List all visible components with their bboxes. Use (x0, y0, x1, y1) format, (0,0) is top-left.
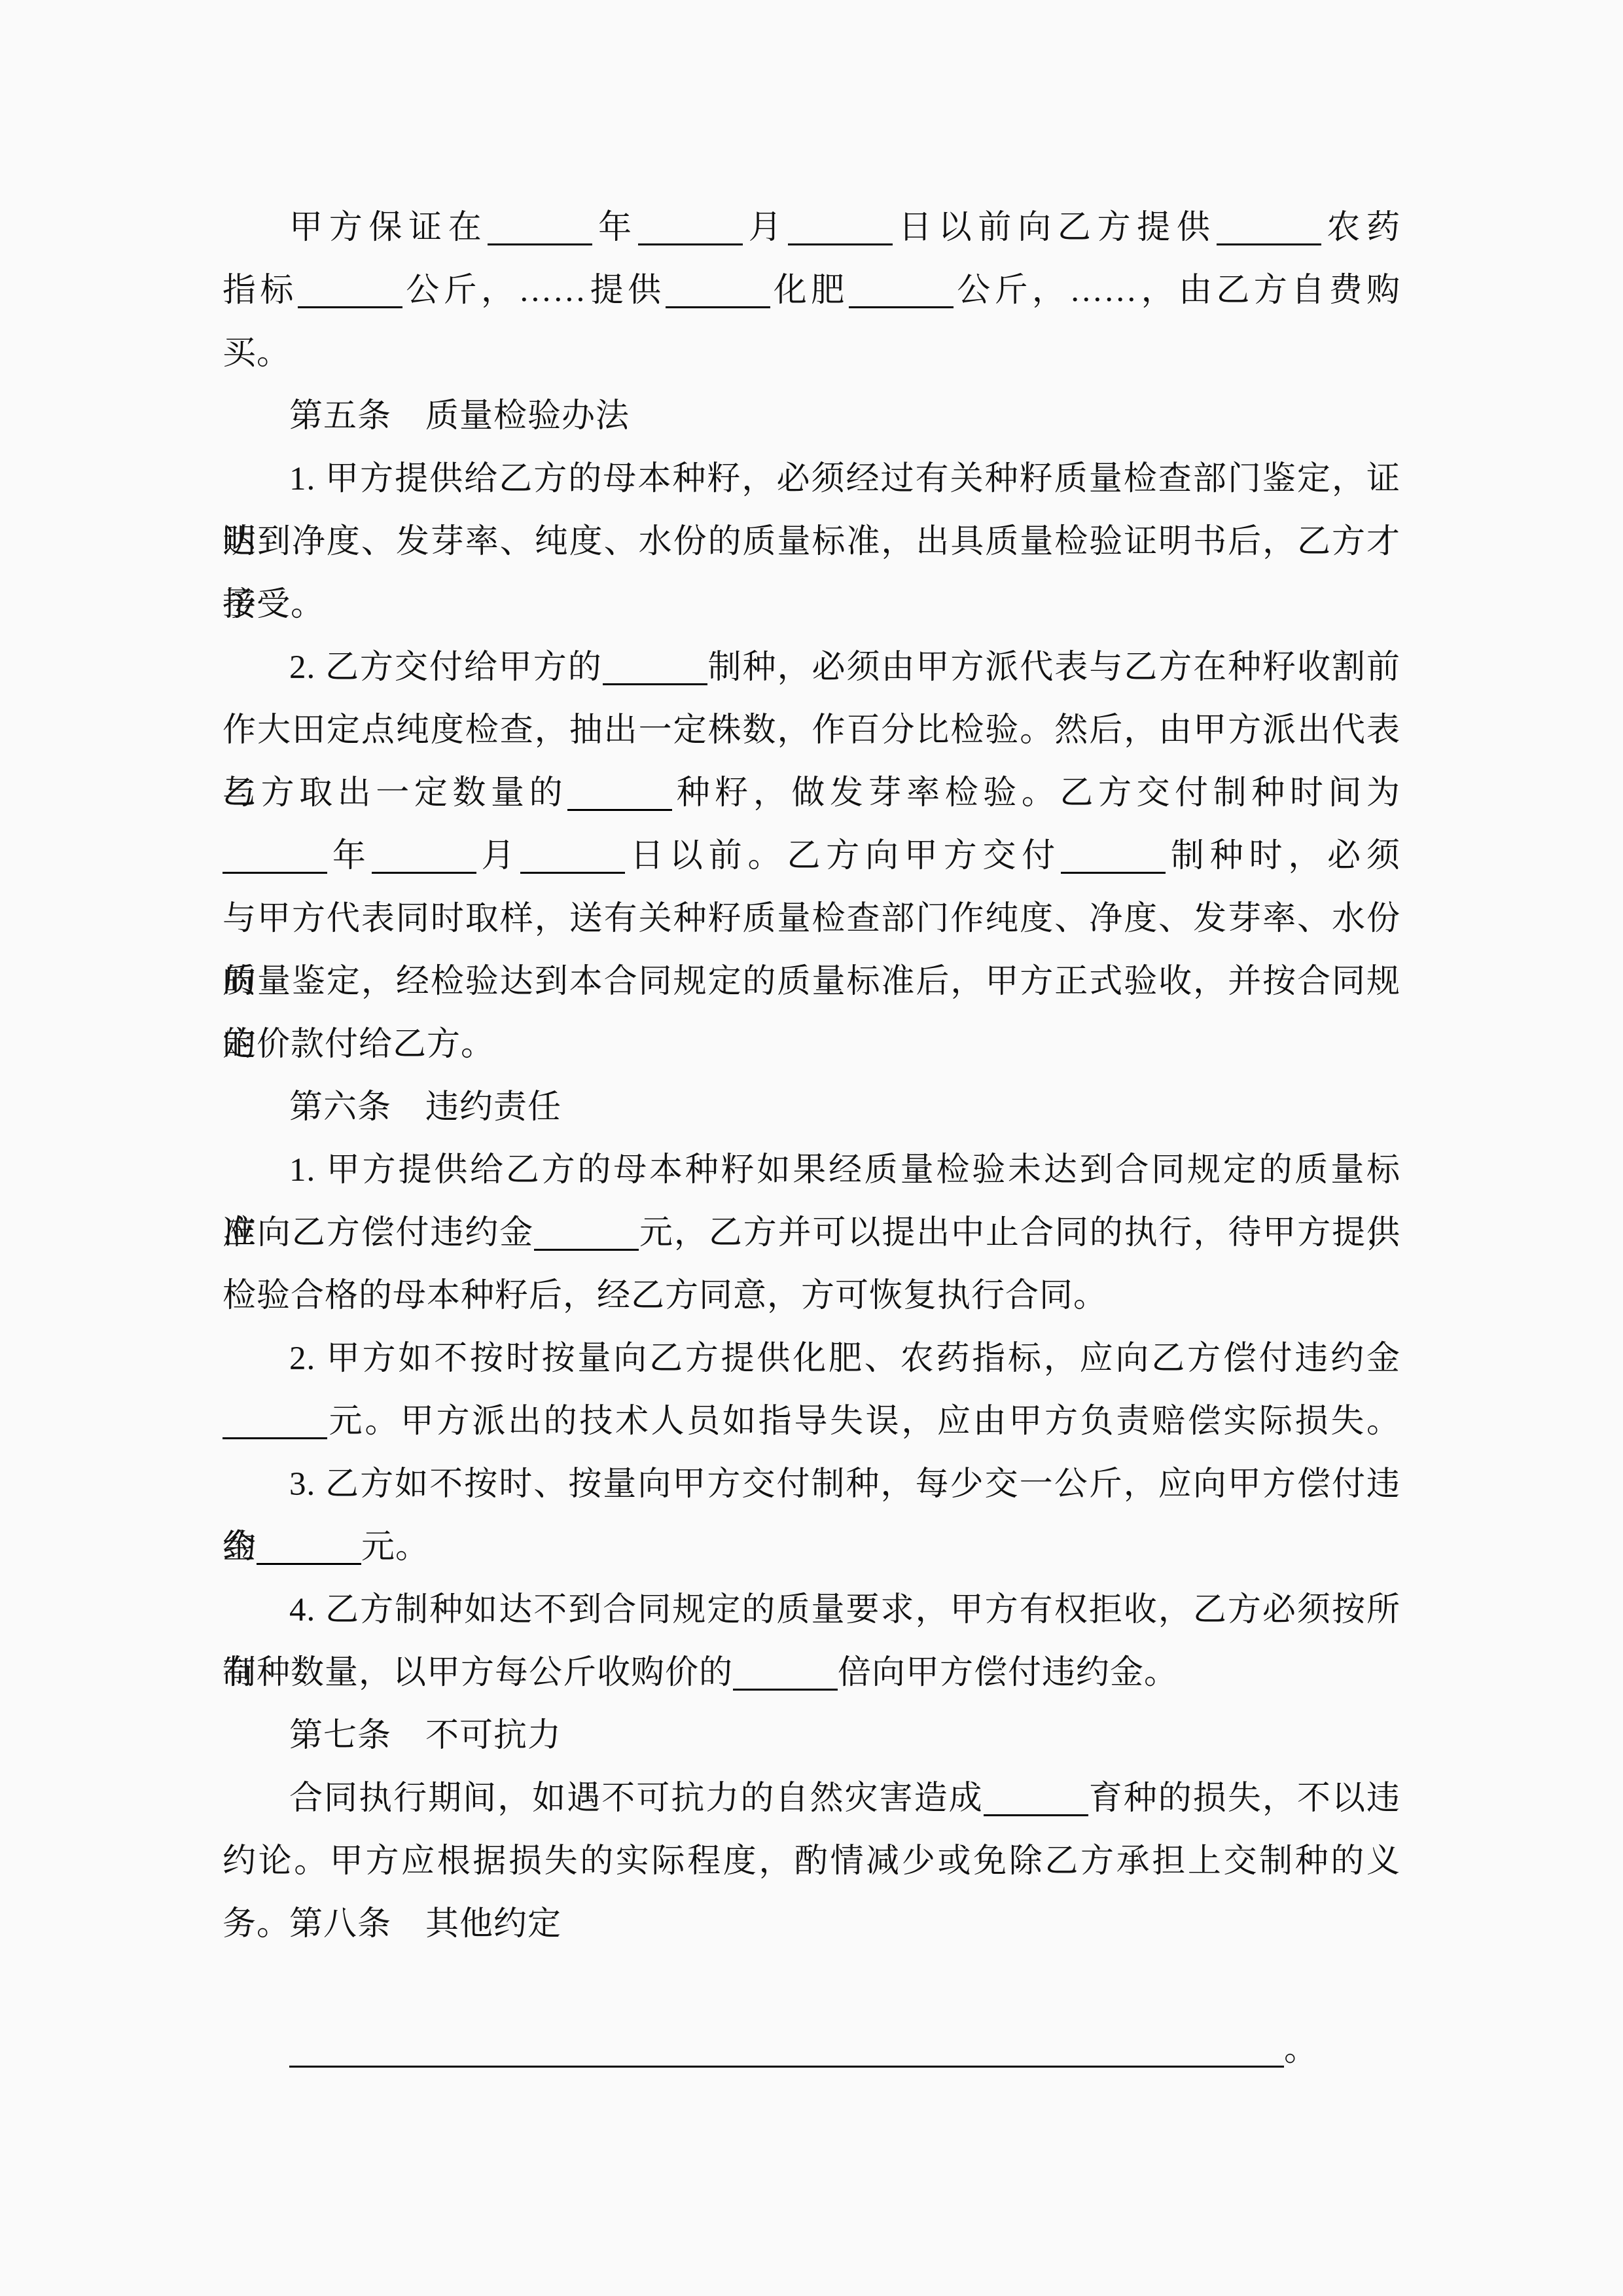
contract-line: 甲方保证在年月日以前向乙方提供农药 (223, 196, 1400, 259)
fill-in-blank (520, 872, 625, 874)
contract-line: 2. 乙方交付给甲方的制种，必须由甲方派代表与乙方在种籽收割前 (223, 636, 1400, 699)
fill-in-blank (257, 1563, 361, 1565)
contract-page: 甲方保证在年月日以前向乙方提供农药指标公斤，……提供化肥公斤，……，由乙方自费购… (0, 0, 1623, 2296)
contract-line: 达到净度、发芽率、纯度、水份的质量标准，出具质量检验证明书后，乙方才予 (223, 511, 1400, 573)
contract-line: 金元。 (223, 1516, 1400, 1579)
contract-line: 质量鉴定，经检验达到本合同规定的质量标准后，甲方正式验收，并按合同规定 (223, 950, 1400, 1013)
section-heading: 第六条 违约责任 (223, 1076, 1400, 1139)
fill-in-blank (372, 872, 476, 874)
fill-in-blank (223, 872, 327, 874)
contract-line: 1. 甲方提供给乙方的母本种籽如果经质量检验未达到合同规定的质量标准， (223, 1139, 1400, 1202)
fill-in-blank (567, 809, 672, 811)
contract-body: 甲方保证在年月日以前向乙方提供农药指标公斤，……提供化肥公斤，……，由乙方自费购… (223, 196, 1400, 2081)
fill-in-blank (984, 1814, 1088, 1816)
contract-line: 接受。 (223, 573, 1400, 636)
fill-in-blank (289, 2066, 1284, 2068)
contract-line: 。 (223, 2018, 1400, 2081)
contract-line: 元。甲方派出的技术人员如指导失误，应由甲方负责赔偿实际损失。 (223, 1390, 1400, 1453)
fill-in-blank (223, 1437, 327, 1439)
fill-in-blank (298, 306, 402, 308)
contract-line: 与甲方代表同时取样，送有关种籽质量检查部门作纯度、净度、发芽率、水份的 (223, 888, 1400, 950)
contract-line: 3. 乙方如不按时、按量向甲方交付制种，每少交一公斤，应向甲方偿付违约 (223, 1453, 1400, 1516)
section-heading: 第七条 不可抗力 (223, 1704, 1400, 1767)
contract-line: 4. 乙方制种如达不到合同规定的质量要求，甲方有权拒收，乙方必须按所有 (223, 1579, 1400, 1641)
fill-in-blank (788, 243, 893, 245)
contract-line: 年月日以前。乙方向甲方交付制种时，必须 (223, 825, 1400, 888)
blank-line (223, 1956, 1400, 2018)
fill-in-blank (603, 683, 707, 685)
fill-in-blank (638, 243, 743, 245)
contract-line: 乙方取出一定数量的种籽，做发芽率检验。乙方交付制种时间为 (223, 762, 1400, 825)
contract-line: 约论。甲方应根据损失的实际程度，酌情减少或免除乙方承担上交制种的义务。 (223, 1830, 1400, 1893)
fill-in-blank (733, 1689, 838, 1691)
contract-line: 制种数量，以甲方每公斤收购价的倍向甲方偿付违约金。 (223, 1641, 1400, 1704)
section-heading: 第八条 其他约定 (223, 1893, 1400, 1956)
contract-line: 的价款付给乙方。 (223, 1013, 1400, 1076)
fill-in-blank (1061, 872, 1166, 874)
fill-in-blank (666, 306, 770, 308)
contract-line: 合同执行期间，如遇不可抗力的自然灾害造成育种的损失，不以违 (223, 1767, 1400, 1830)
contract-line: 检验合格的母本种籽后，经乙方同意，方可恢复执行合同。 (223, 1265, 1400, 1327)
section-heading: 第五条 质量检验办法 (223, 385, 1400, 448)
contract-line: 2. 甲方如不按时按量向乙方提供化肥、农药指标，应向乙方偿付违约金 (223, 1327, 1400, 1390)
contract-line: 买。 (223, 322, 1400, 385)
contract-line: 1. 甲方提供给乙方的母本种籽，必须经过有关种籽质量检查部门鉴定，证明 (223, 448, 1400, 511)
contract-line: 应向乙方偿付违约金元，乙方并可以提出中止合同的执行，待甲方提供 (223, 1202, 1400, 1265)
fill-in-blank (534, 1249, 639, 1251)
fill-in-blank (849, 306, 954, 308)
contract-line: 作大田定点纯度检查，抽出一定株数，作百分比检验。然后，由甲方派出代表与 (223, 699, 1400, 762)
fill-in-blank (488, 243, 592, 245)
contract-line: 指标公斤，……提供化肥公斤，……，由乙方自费购 (223, 259, 1400, 322)
fill-in-blank (1217, 243, 1321, 245)
